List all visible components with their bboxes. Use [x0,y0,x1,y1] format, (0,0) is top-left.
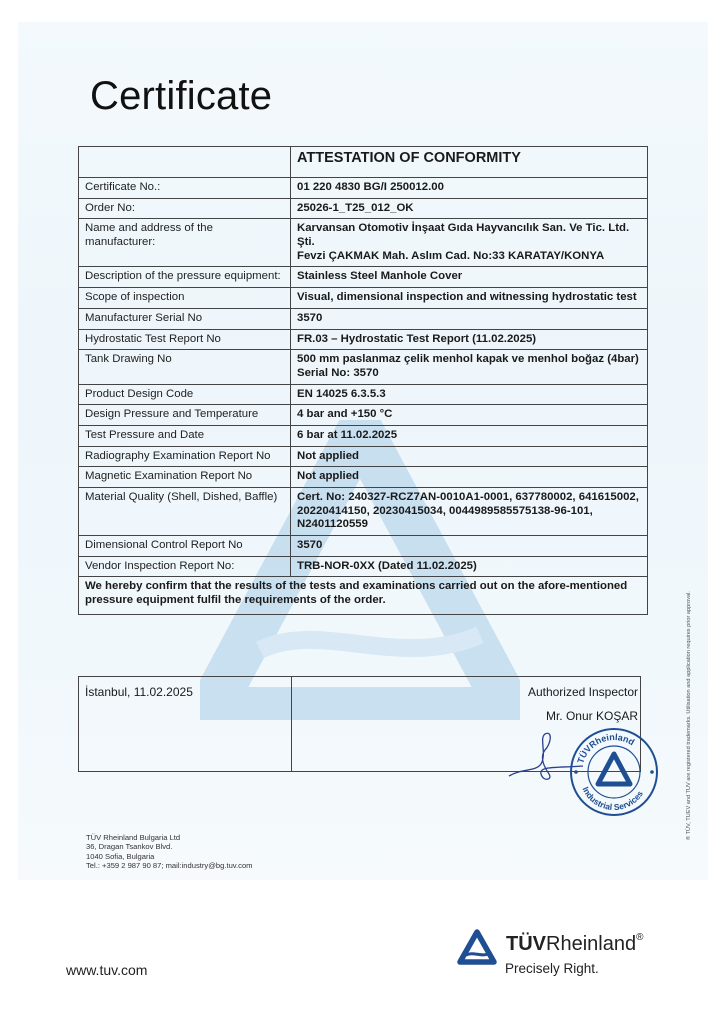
row-value: Not applied [291,446,648,467]
row-value: Not applied [291,467,648,488]
table-row: Product Design CodeEN 14025 6.3.5.3 [79,384,648,405]
row-label: Tank Drawing No [79,350,291,384]
website-link[interactable]: www.tuv.com [66,962,147,978]
place-date: İstanbul, 11.02.2025 [79,677,292,772]
confirmation-row: We hereby confirm that the results of th… [79,577,648,614]
table-row: Radiography Examination Report NoNot app… [79,446,648,467]
row-value: 3570 [291,536,648,557]
page-title: Certificate [90,74,272,119]
table-row: Order No:25026-1_T25_012_OK [79,198,648,219]
row-label: Vendor Inspection Report No: [79,556,291,577]
row-value: 3570 [291,308,648,329]
row-label: Test Pressure and Date [79,425,291,446]
table-row: Description of the pressure equipment:St… [79,267,648,288]
table-row: Design Pressure and Temperature4 bar and… [79,405,648,426]
attestation-heading: ATTESTATION OF CONFORMITY [291,147,648,178]
logo-wordmark: TÜVRheinland® [506,933,643,956]
tuv-triangle-icon [456,928,498,966]
table-row: Material Quality (Shell, Dished, Baffle)… [79,488,648,536]
row-value: 25026-1_T25_012_OK [291,198,648,219]
row-label: Description of the pressure equipment: [79,267,291,288]
table-row: Test Pressure and Date6 bar at 11.02.202… [79,425,648,446]
row-value: 01 220 4830 BG/I 250012.00 [291,178,648,199]
trademark-note: ® TÜV, TUEV and TUV are registered trade… [686,520,692,840]
row-value: TRB-NOR-0XX (Dated 11.02.2025) [291,556,648,577]
row-value: 500 mm paslanmaz çelik menhol kapak ve m… [291,350,648,384]
address-line: TÜV Rheinland Bulgaria Ltd [86,833,253,842]
row-value: 4 bar and +150 °C [291,405,648,426]
company-stamp-icon: TÜVRheinland Industrial Services [568,726,660,818]
table-row: Manufacturer Serial No3570 [79,308,648,329]
table-row: Certificate No.:01 220 4830 BG/I 250012.… [79,178,648,199]
company-address: TÜV Rheinland Bulgaria Ltd 36, Dragan Ts… [86,833,253,871]
table-row: Hydrostatic Test Report NoFR.03 – Hydros… [79,329,648,350]
table-header-row: ATTESTATION OF CONFORMITY [79,147,648,178]
address-contact-line: Tel.: +359 2 987 90 87; mail:industry@bg… [86,861,253,870]
row-value: Cert. No: 240327-RCZ7AN-0010A1-0001, 637… [291,488,648,536]
row-label: Scope of inspection [79,288,291,309]
table-row: Vendor Inspection Report No:TRB-NOR-0XX … [79,556,648,577]
row-label: Product Design Code [79,384,291,405]
confirmation-text: We hereby confirm that the results of th… [79,577,648,614]
row-label: Hydrostatic Test Report No [79,329,291,350]
row-value: 6 bar at 11.02.2025 [291,425,648,446]
row-label: Name and address of the manufacturer: [79,219,291,267]
row-label: Material Quality (Shell, Dished, Baffle) [79,488,291,536]
row-label: Certificate No.: [79,178,291,199]
row-value: EN 14025 6.3.5.3 [291,384,648,405]
row-value-line: Karvansan Otomotiv İnşaat Gıda Hayvancıl… [297,222,641,249]
row-label: Design Pressure and Temperature [79,405,291,426]
svg-text:TÜVRheinland: TÜVRheinland [575,732,636,765]
table-row: Tank Drawing No500 mm paslanmaz çelik me… [79,350,648,384]
inspector-role: Authorized Inspector [298,685,638,699]
table-row: Name and address of the manufacturer:Kar… [79,219,648,267]
address-line: 36, Dragan Tsankov Blvd. [86,842,253,851]
table-row: Magnetic Examination Report NoNot applie… [79,467,648,488]
row-value-line: Fevzi ÇAKMAK Mah. Aslım Cad. No:33 KARAT… [297,250,641,264]
header-empty-cell [79,147,291,178]
row-label: Manufacturer Serial No [79,308,291,329]
row-label: Order No: [79,198,291,219]
row-value: Stainless Steel Manhole Cover [291,267,648,288]
row-value: Karvansan Otomotiv İnşaat Gıda Hayvancıl… [291,219,648,267]
table-row: Scope of inspectionVisual, dimensional i… [79,288,648,309]
tuv-rheinland-logo: TÜVRheinland® Precisely Right. [456,926,696,982]
row-label: Magnetic Examination Report No [79,467,291,488]
table-row: Dimensional Control Report No3570 [79,536,648,557]
row-label: Dimensional Control Report No [79,536,291,557]
row-value: Visual, dimensional inspection and witne… [291,288,648,309]
row-value: FR.03 – Hydrostatic Test Report (11.02.2… [291,329,648,350]
certificate-table: ATTESTATION OF CONFORMITY Certificate No… [78,146,648,615]
logo-tagline: Precisely Right. [505,961,599,976]
inspector-name: Mr. Onur KOŞAR [298,709,638,723]
address-line: 1040 Sofia, Bulgaria [86,852,253,861]
row-label: Radiography Examination Report No [79,446,291,467]
